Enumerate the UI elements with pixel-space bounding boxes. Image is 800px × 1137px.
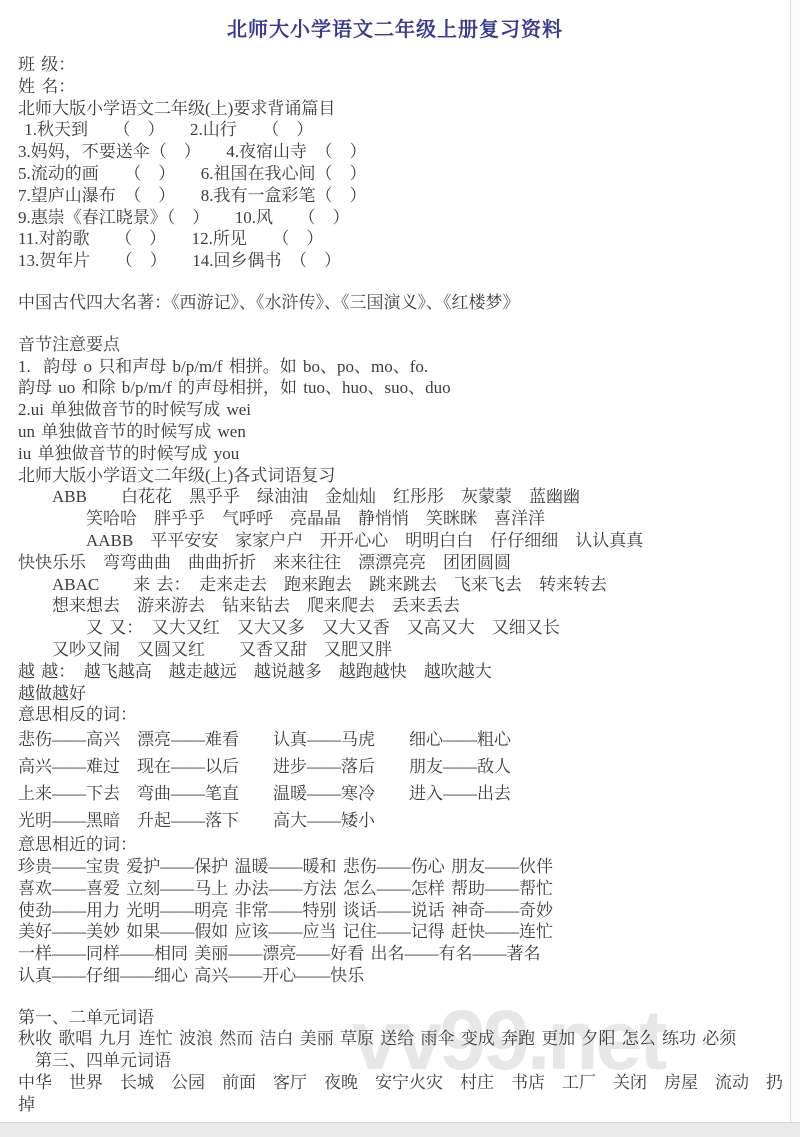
text-line: 意思相近的词：: [18, 834, 784, 856]
text-line: 悲伤——高兴 漂亮——难看 认真——马虎 细心——粗心: [18, 726, 784, 753]
text-line: 美好——美妙 如果——假如 应该——应当 记住——记得 赶快——连忙: [18, 921, 784, 943]
text-line: 认真——仔细——细心 高兴——开心——快乐: [18, 965, 784, 987]
text-line: 上来——下去 弯曲——笔直 温暖——寒冷 进入——出去: [18, 780, 784, 807]
text-line: AABB 平平安安 家家户户 开开心心 明明白白 仔仔细细 认认真真: [18, 530, 784, 552]
document-body: 班 级：姓 名：北师大版小学语文二年级(上)要求背诵篇目 1.秋天到 （ ） 2…: [0, 50, 790, 1116]
text-line: 音节注意要点: [18, 334, 784, 356]
text-line: 秋收 歌唱 九月 连忙 波浪 然而 洁白 美丽 草原 送给 雨伞 变成 奔跑 更…: [18, 1028, 784, 1050]
text-line: 韵母 uo 和除 b/p/m/f 的声母相拼，如 tuo、huo、suo、duo: [18, 377, 784, 399]
text-line: 13.贺年片 （ ） 14.回乡偶书 （ ）: [18, 250, 784, 272]
text-line: 越 越： 越飞越高 越走越远 越说越多 越跑越快 越吹越大: [18, 661, 784, 683]
text-line: 姓 名：: [18, 76, 784, 98]
text-line: 珍贵——宝贵 爱护——保护 温暖——暖和 悲伤——伤心 朋友——伙伴: [18, 856, 784, 878]
text-line: 班 级：: [18, 54, 784, 76]
text-line: 中国古代四大名著：《西游记》、《水浒传》、《三国演义》、《红楼梦》: [18, 292, 784, 314]
text-line: 5.流动的画 （ ） 6.祖国在我心间（ ）: [18, 163, 784, 185]
text-line: 9.惠崇《春江晓景》（ ） 10.风 （ ）: [18, 207, 784, 229]
text-line: 高兴——难过 现在——以后 进步——落后 朋友——敌人: [18, 753, 784, 780]
text-line: 2.ui 单独做音节的时候写成 wei: [18, 399, 784, 421]
bottom-bar: [0, 1122, 800, 1137]
page-title: 北师大小学语文二年级上册复习资料: [0, 18, 790, 42]
text-line: iu 单独做音节的时候写成 you: [18, 443, 784, 465]
text-line: [18, 314, 784, 334]
text-line: 意思相反的词：: [18, 704, 784, 726]
text-line: 第一、二单元词语: [18, 1007, 784, 1029]
text-line: 1.秋天到 （ ） 2.山行 （ ）: [18, 119, 784, 141]
text-line: 想来想去 游来游去 钻来钻去 爬来爬去 丢来丢去: [18, 595, 784, 617]
text-line: 快快乐乐 弯弯曲曲 曲曲折折 来来往往 漂漂亮亮 团团圆圆: [18, 552, 784, 574]
text-line: 使劲——用力 光明——明亮 非常——特别 谈话——说话 神奇——奇妙: [18, 900, 784, 922]
text-line: 北师大版小学语文二年级(上)各式词语复习: [18, 465, 784, 487]
text-line: 3.妈妈，不要送伞（ ） 4.夜宿山寺 （ ）: [18, 141, 784, 163]
text-line: 越做越好: [18, 683, 784, 705]
text-line: 北师大版小学语文二年级(上)要求背诵篇目: [18, 98, 784, 120]
text-line: 笑哈哈 胖乎乎 气呼呼 亮晶晶 静悄悄 笑眯眯 喜洋洋: [18, 508, 784, 530]
text-line: 又吵又闹 又圆又红 又香又甜 又肥又胖: [18, 639, 784, 661]
text-line: 11.对韵歌 （ ） 12.所见 （ ）: [18, 228, 784, 250]
text-line: 1. 韵母 o 只和声母 b/p/m/f 相拼。如 bo、po、mo、fo.: [18, 356, 784, 378]
text-line: ABB 白花花 黑乎乎 绿油油 金灿灿 红彤彤 灰蒙蒙 蓝幽幽: [18, 486, 784, 508]
text-line: 第三、四单元词语: [18, 1050, 784, 1072]
text-line: 一样——同样——相同 美丽——漂亮——好看 出名——有名——著名: [18, 943, 784, 965]
text-line: 7.望庐山瀑布 （ ） 8.我有一盒彩笔（ ）: [18, 185, 784, 207]
text-line: [18, 987, 784, 1007]
text-line: [18, 272, 784, 292]
text-line: ABAC 来 去： 走来走去 跑来跑去 跳来跳去 飞来飞去 转来转去: [18, 574, 784, 596]
text-line: 喜欢——喜爱 立刻——马上 办法——方法 怎么——怎样 帮助——帮忙: [18, 878, 784, 900]
document-page: 北师大小学语文二年级上册复习资料 vv99.net 班 级：姓 名：北师大版小学…: [0, 0, 791, 1122]
text-line: 光明——黑暗 升起——落下 高大——矮小: [18, 807, 784, 834]
text-line: 中华 世界 长城 公园 前面 客厅 夜晚 安宁火灾 村庄 书店 工厂 关闭 房屋…: [18, 1072, 784, 1116]
text-line: 又 又： 又大又红 又大又多 又大又香 又高又大 又细又长: [18, 617, 784, 639]
text-line: un 单独做音节的时候写成 wen: [18, 421, 784, 443]
